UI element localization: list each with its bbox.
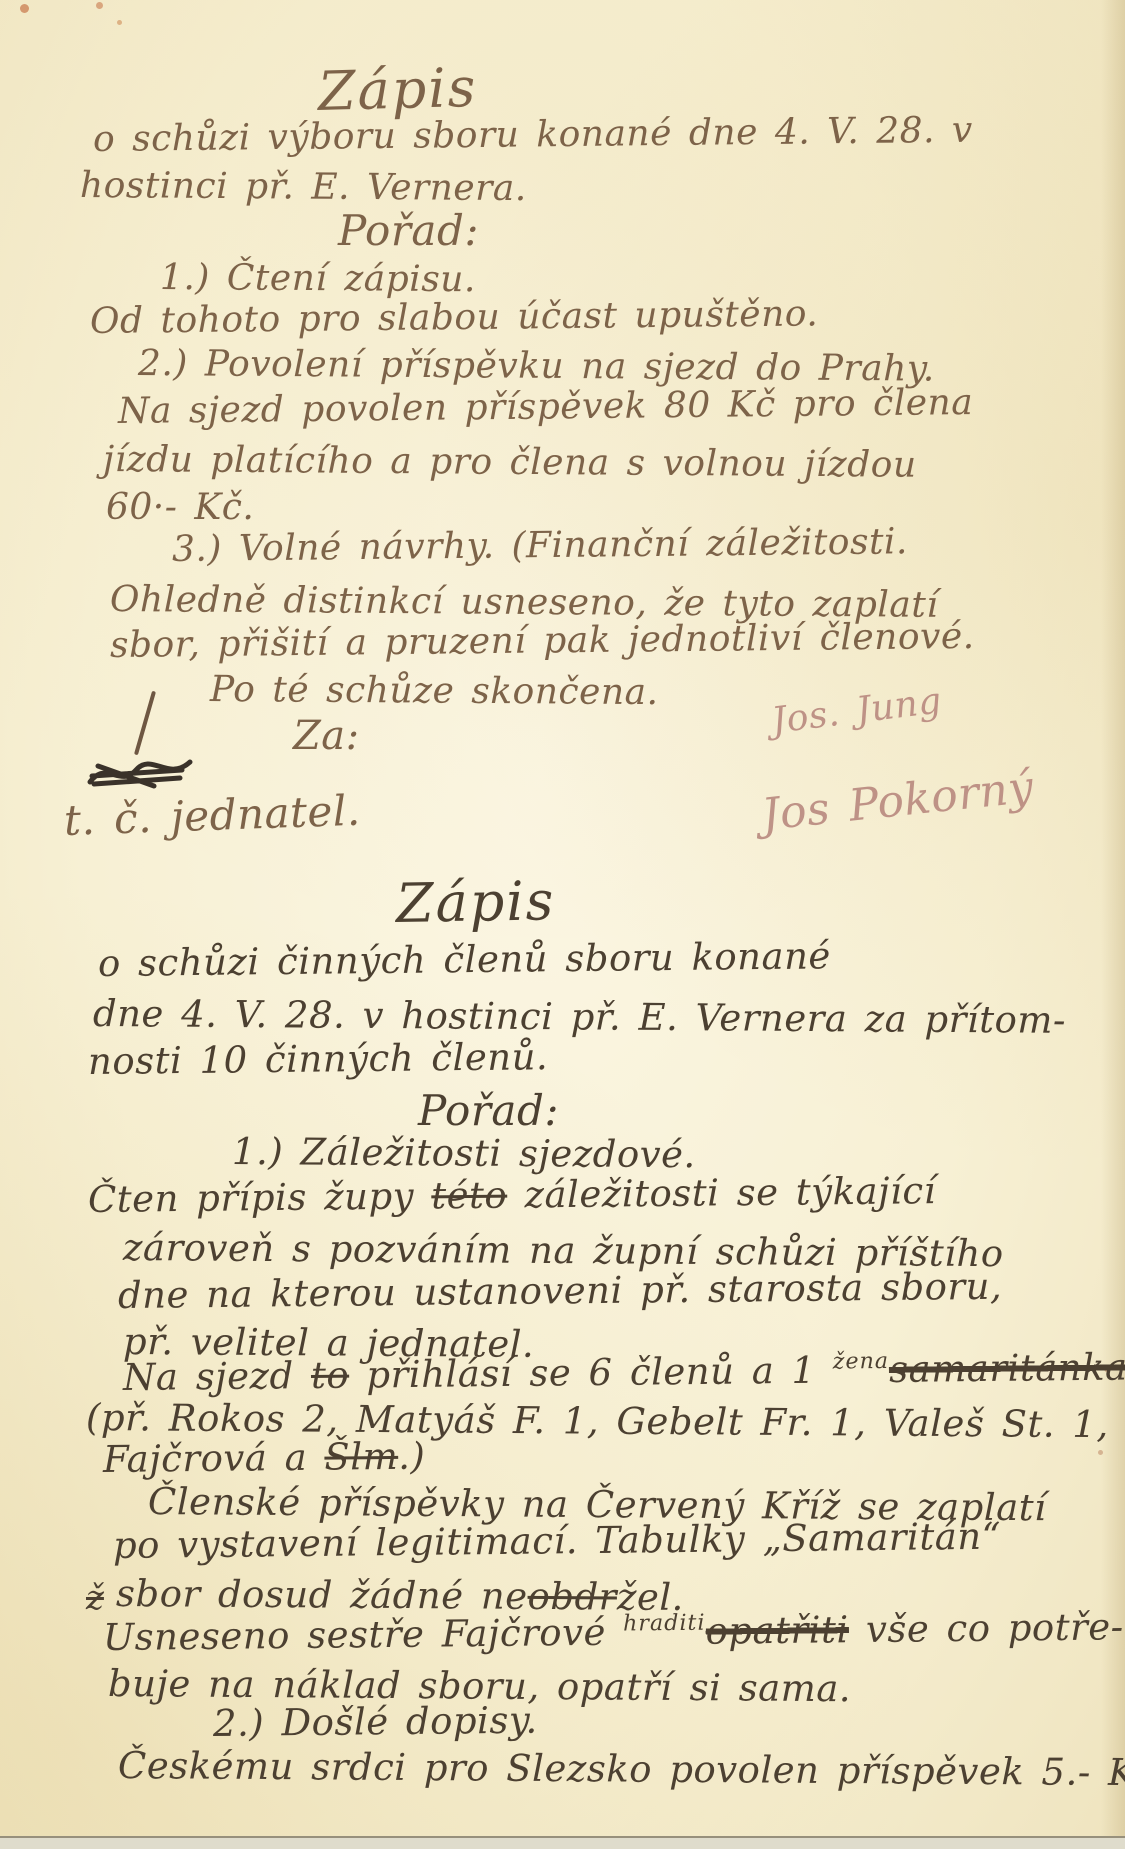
- body-line: po vystavení legitimací. Tabulky „Samari…: [113, 1517, 1001, 1567]
- body-line: Čten přípis župy této záležitosti se týk…: [88, 1171, 936, 1221]
- pen-stroke: [134, 691, 156, 756]
- line-text: přihlásí se 6 členů a 1: [349, 1349, 833, 1397]
- body-line: dne na kterou ustanoveni př. starosta sb…: [118, 1267, 1003, 1317]
- inserted-word: hraditi: [623, 1610, 706, 1637]
- agenda-item: 3.) Volné návrhy. (Finanční záležitosti.: [172, 522, 908, 569]
- margin-correction: ž: [86, 1578, 104, 1618]
- stain: [96, 2, 103, 9]
- line-text: Čten přípis župy: [88, 1174, 432, 1221]
- page-edge-shading: [1101, 0, 1125, 1849]
- agenda-item: 2.) Došlé dopisy.: [213, 1701, 538, 1745]
- committee-intro-line: hostinci př. E. Vernera.: [80, 166, 527, 209]
- stain: [20, 4, 29, 13]
- agenda-heading: Pořad:: [338, 208, 479, 254]
- members-title: Zápis: [395, 871, 555, 933]
- za-label: Za:: [293, 714, 360, 758]
- line-text: vše co potře-: [848, 1605, 1123, 1651]
- body-line: 60·- Kč.: [106, 488, 254, 528]
- body-line: Usneseno sestře Fajčrové hraditiopatřiti…: [103, 1607, 1124, 1658]
- agenda-item: 1.) Záležitosti sjezdové.: [232, 1132, 696, 1176]
- manuscript-page: Zápis o schůzi výboru sboru konané dne 4…: [0, 0, 1125, 1849]
- pencil-signature: Jos Pokorný: [759, 764, 1035, 841]
- line-text: .): [398, 1435, 426, 1478]
- members-intro-line: o schůzi činných členů sboru konané: [98, 936, 831, 984]
- body-line: Na sjezd povolen příspěvek 80 Kč pro čle…: [118, 383, 974, 432]
- scan-edge: [0, 1836, 1125, 1849]
- body-line: Fajčrová a Šlm.): [103, 1437, 426, 1481]
- line-text: záležitosti se týkající: [507, 1169, 936, 1216]
- agenda-heading: Pořad:: [418, 1088, 559, 1134]
- struck-word: samaritánka: [889, 1345, 1125, 1390]
- body-line: jízdu platícího a pro člena s volnou jíz…: [103, 440, 917, 485]
- line-text: Usneseno sestře Fajčrové: [103, 1611, 624, 1659]
- agenda-item: 1.) Čtení zápisu.: [160, 258, 476, 300]
- body-line: Českému srdci pro Slezsko povolen příspě…: [118, 1746, 1125, 1794]
- struck-word: této: [431, 1174, 507, 1218]
- line-text: Na sjezd: [123, 1354, 311, 1399]
- struck-word: opatřiti: [705, 1608, 849, 1652]
- committee-title: Zápis: [317, 58, 478, 122]
- struck-word: to: [311, 1354, 350, 1397]
- closing-line: Po té schůze skončena.: [210, 670, 659, 713]
- secretary-role: t. č. jednatel.: [63, 788, 361, 845]
- scribbled-out-word: [84, 752, 196, 796]
- body-line: sbor, přišití a pruzení pak jednotliví č…: [110, 617, 975, 666]
- line-text: sbor dosud žádné ne: [116, 1572, 528, 1618]
- line-text: Fajčrová a: [103, 1436, 325, 1481]
- pencil-signature: Jos. Jung: [770, 681, 944, 741]
- body-line: Na sjezd to přihlásí se 6 členů a 1 žena…: [123, 1347, 1125, 1398]
- agenda-item: 2.) Povolení příspěvku na sjezd do Prahy…: [138, 344, 935, 389]
- members-intro-line: dne 4. V. 28. v hostinci př. E. Vernera …: [93, 994, 1066, 1041]
- inserted-word: žena: [833, 1348, 890, 1375]
- stain: [117, 20, 122, 25]
- body-line: Od tohoto pro slabou účast upuštěno.: [90, 294, 819, 341]
- members-intro-line: nosti 10 činných členů.: [88, 1037, 549, 1083]
- committee-intro-line: o schůzi výboru sboru konané dne 4. V. 2…: [93, 111, 973, 160]
- struck-word: Šlm: [324, 1435, 398, 1479]
